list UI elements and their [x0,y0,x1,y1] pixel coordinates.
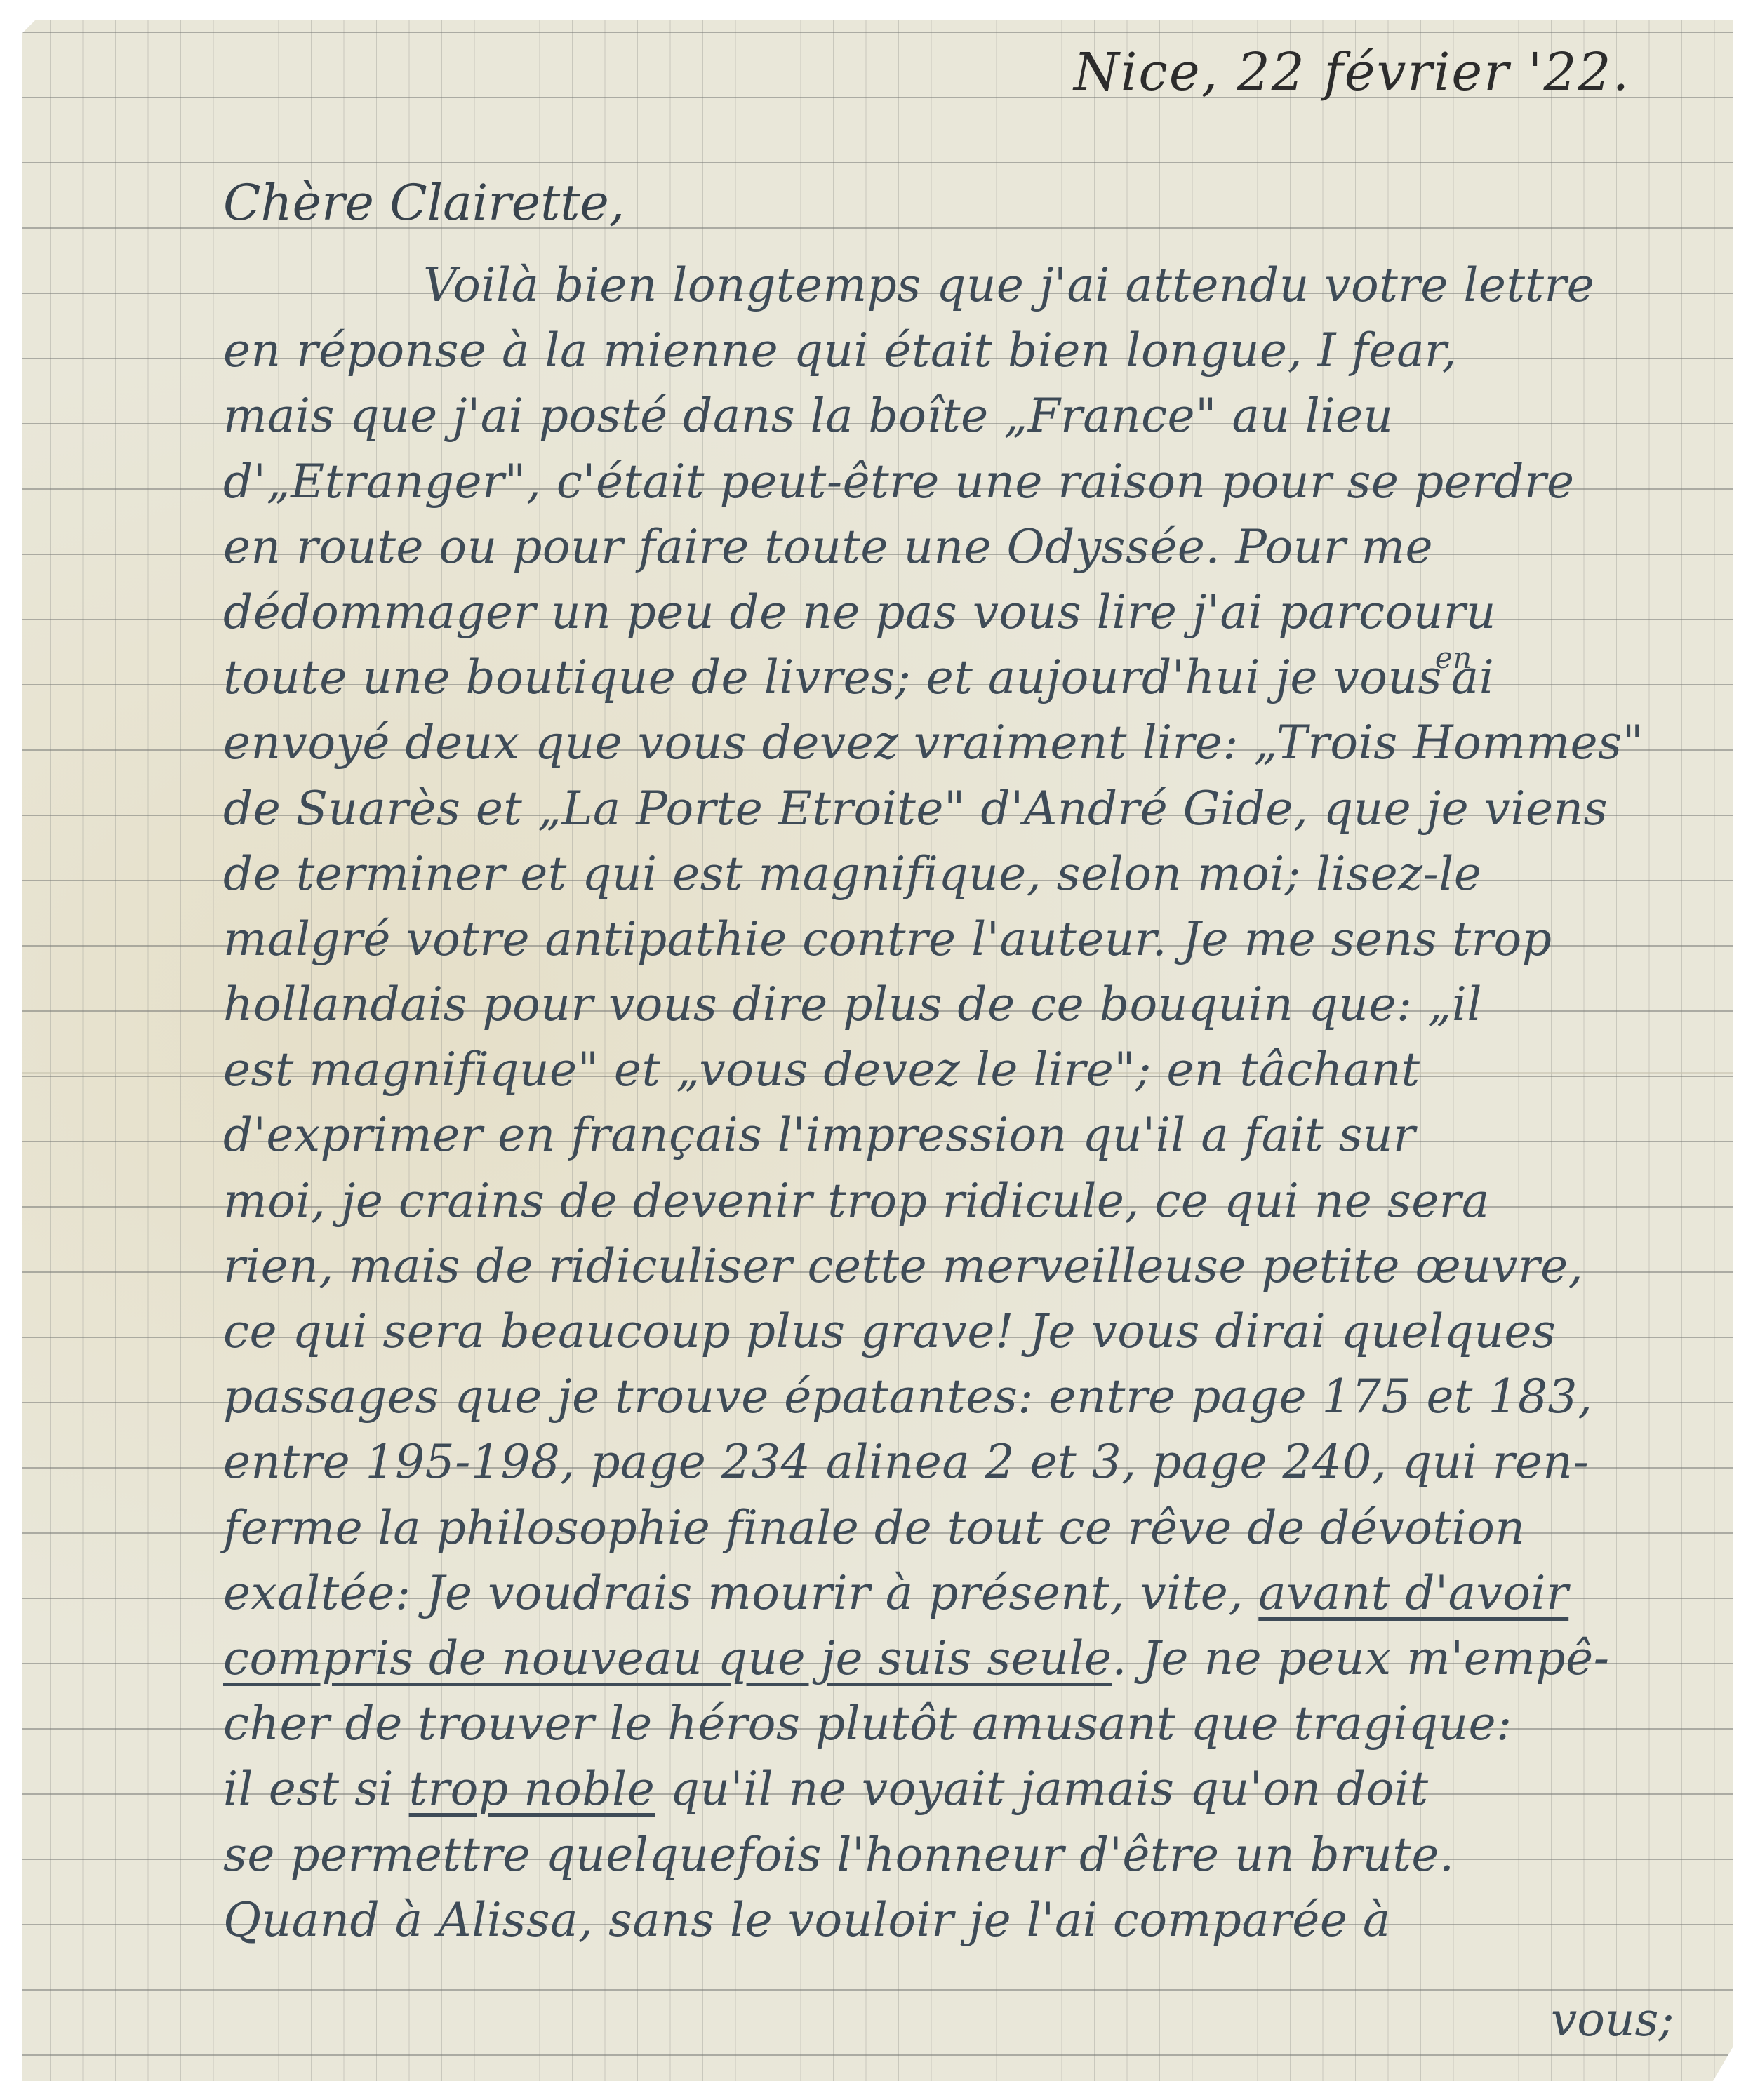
letter-line: de Suarès et „La Porte Etroite" d'André … [223,776,1725,841]
letter-body: Voilà bien longtemps que j'ai attendu vo… [223,253,1725,1953]
letter-line: hollandais pour vous dire plus de ce bou… [223,972,1725,1037]
underlined-quote: compris de nouveau que je suis seule [223,1631,1112,1685]
inserted-word: en [1435,641,1472,675]
letter-line: ce qui sera beaucoup plus grave! Je vous… [223,1299,1725,1364]
letter-text: il est si [223,1762,394,1816]
letter-line: exaltée: Je voudrais mourir à présent, v… [223,1560,1725,1626]
letter-line: malgré votre antipathie contre l'auteur.… [223,907,1725,972]
letter-line: de terminer et qui est magnifique, selon… [223,841,1725,907]
letter-text: exaltée: Je voudrais mourir à présent, v… [223,1566,1244,1620]
letter-date: Nice, 22 février '22. [1074,42,1630,102]
letter-line: en réponse à la mienne qui était bien lo… [223,318,1725,383]
letter-line: Quand à Alissa, sans le vouloir je l'ai … [223,1887,1725,1953]
closing-word: vous; [1551,1993,1674,2047]
letter-line: rien, mais de ridiculiser cette merveill… [223,1233,1725,1299]
letter-line: passages que je trouve épatantes: entre … [223,1364,1725,1429]
letter-text: . Je ne peux m'empê- [1112,1631,1610,1685]
letter-text: qu'il ne voyait jamais qu'on doit [655,1762,1428,1816]
letter-line: moi, je crains de devenir trop ridicule,… [223,1168,1725,1233]
letter-line: d'„Etranger", c'était peut-être une rais… [223,449,1725,514]
letter-text: toute une boutique de livres; et aujourd… [223,650,1442,704]
letter-line: ferme la philosophie finale de tout ce r… [223,1495,1725,1560]
handwritten-letter: Nice, 22 février '22. Chère Clairette, V… [0,0,1746,2100]
letter-line: entre 195-198, page 234 alinea 2 et 3, p… [223,1429,1725,1494]
letter-salutation: Chère Clairette, [223,174,625,232]
letter-line: il est si trop noble qu'il ne voyait jam… [223,1756,1725,1821]
letter-line: Voilà bien longtemps que j'ai attendu vo… [223,253,1725,318]
letter-line: dédommager un peu de ne pas vous lire j'… [223,580,1725,645]
letter-line: en route ou pour faire toute une Odyssée… [223,514,1725,580]
underlined-phrase: trop noble [409,1762,655,1816]
letter-line: compris de nouveau que je suis seule. Je… [223,1626,1725,1691]
letter-line: toute une boutique de livres; et aujourd… [223,645,1725,710]
letter-line: envoyé deux que vous devez vraiment lire… [223,710,1725,775]
letter-line: est magnifique" et „vous devez le lire";… [223,1037,1725,1102]
letter-line: d'exprimer en français l'impression qu'i… [223,1102,1725,1168]
letter-line: se permettre quelquefois l'honneur d'êtr… [223,1822,1725,1887]
letter-line: mais que j'ai posté dans la boîte „Franc… [223,383,1725,448]
underlined-quote: avant d'avoir [1258,1566,1568,1620]
letter-line: cher de trouver le héros plutôt amusant … [223,1691,1725,1756]
